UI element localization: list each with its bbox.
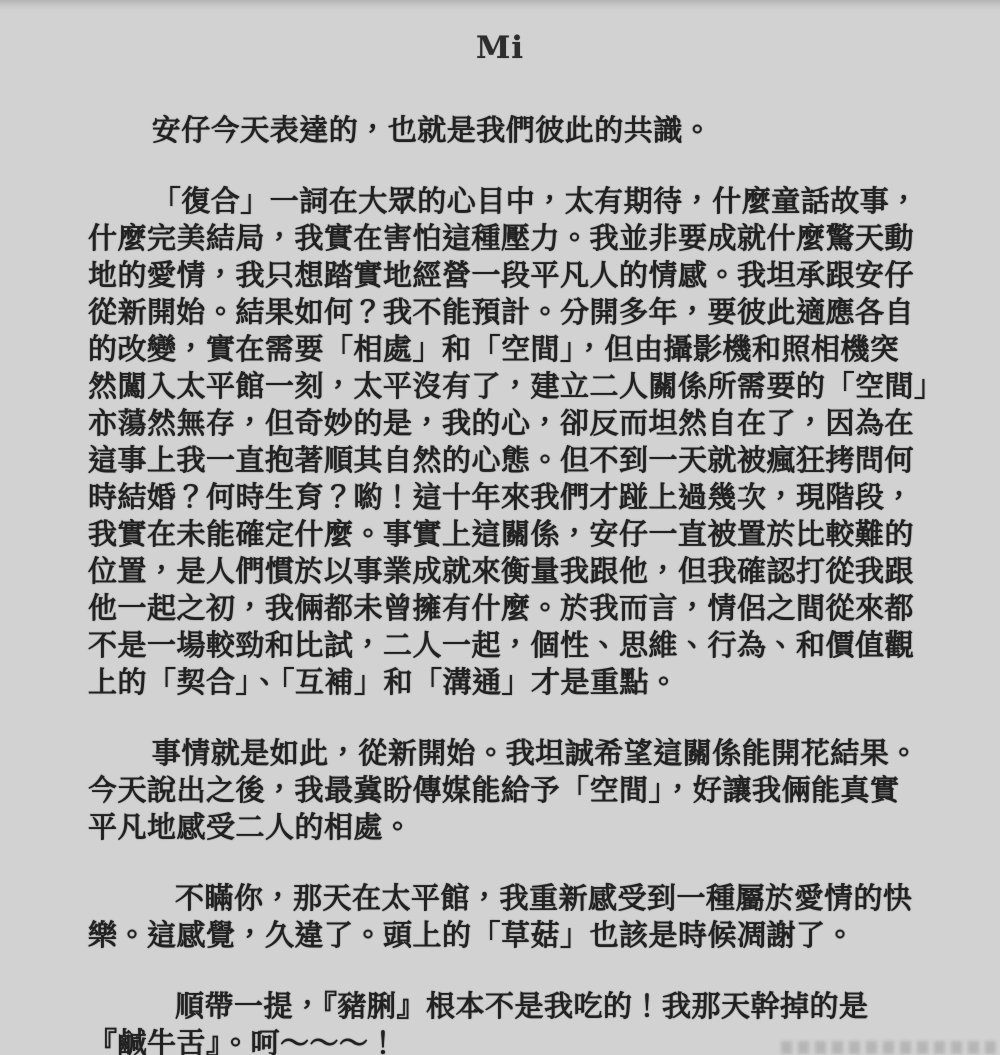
text-line: 順帶一提，『豬脷』根本不是我吃的！我那天幹掉的是	[88, 988, 960, 1025]
text-line: 然闖入太平館一刻，太平沒有了，建立二人關係所需要的「空間」	[88, 368, 960, 405]
text-line: 位置，是人們慣於以事業成就來衡量我跟他，但我確認打從我跟	[88, 553, 960, 590]
text-line: 時結婚？何時生育？喲！這十年來我們才踫上過幾次，現階段，	[88, 479, 960, 516]
paragraph-4: 不瞞你，那天在太平館，我重新感受到一種屬於愛情的快 樂。這感覺，久違了。頭上的「…	[88, 880, 960, 954]
text-line: 不瞞你，那天在太平館，我重新感受到一種屬於愛情的快	[88, 880, 960, 917]
text-line: 不是一場較勁和比試，二人一起，個性、思維、行為、和價值觀	[88, 627, 960, 664]
document-title: Mi	[0, 0, 1000, 67]
text-line: 平凡地感受二人的相處。	[88, 809, 960, 846]
text-line: 這事上我一直抱著順其自然的心態。但不到一天就被瘋狂拷問何	[88, 442, 960, 479]
text-line: 什麼完美結局，我實在害怕這種壓力。我並非要成就什麼驚天動	[88, 220, 960, 257]
paragraph-1: 安仔今天表達的，也就是我們彼此的共識。	[88, 112, 960, 149]
text-line: 從新開始。結果如何？我不能預計。分開多年，要彼此適應各自	[88, 294, 960, 331]
text-line: 事情就是如此，從新開始。我坦誠希望這關係能開花結果。	[88, 735, 960, 772]
text-line: 他一起之初，我倆都未曾擁有什麼。於我而言，情侶之間從來都	[88, 590, 960, 627]
text-line: 安仔今天表達的，也就是我們彼此的共識。	[88, 112, 960, 149]
text-line: 地的愛情，我只想踏實地經營一段平凡人的情感。我坦承跟安仔	[88, 257, 960, 294]
text-line: 的改變，實在需要「相處」和「空間」，但由攝影機和照相機突	[88, 331, 960, 368]
page-top-edge	[0, 0, 1000, 10]
text-line: 「復合」一詞在大眾的心目中，太有期待，什麼童話故事，	[88, 183, 960, 220]
text-line: 上的「契合」、「互補」和「溝通」才是重點。	[88, 664, 960, 701]
document-page: Mi 安仔今天表達的，也就是我們彼此的共識。 「復合」一詞在大眾的心目中，太有期…	[0, 0, 1000, 1055]
paragraph-2: 「復合」一詞在大眾的心目中，太有期待，什麼童話故事， 什麼完美結局，我實在害怕這…	[88, 183, 960, 701]
document-body: 安仔今天表達的，也就是我們彼此的共識。 「復合」一詞在大眾的心目中，太有期待，什…	[0, 112, 1000, 1055]
text-line: 亦蕩然無存，但奇妙的是，我的心，卻反而坦然自在了，因為在	[88, 405, 960, 442]
text-line: 今天說出之後，我最冀盼傳媒能給予「空間」，好讓我倆能真實	[88, 772, 960, 809]
paragraph-3: 事情就是如此，從新開始。我坦誠希望這關係能開花結果。 今天說出之後，我最冀盼傳媒…	[88, 735, 960, 846]
text-line: 我實在未能確定什麼。事實上這關係，安仔一直被置於比較難的	[88, 516, 960, 553]
watermark-smudge	[781, 1041, 996, 1054]
text-line: 樂。這感覺，久違了。頭上的「草菇」也該是時候凋謝了。	[88, 917, 960, 954]
